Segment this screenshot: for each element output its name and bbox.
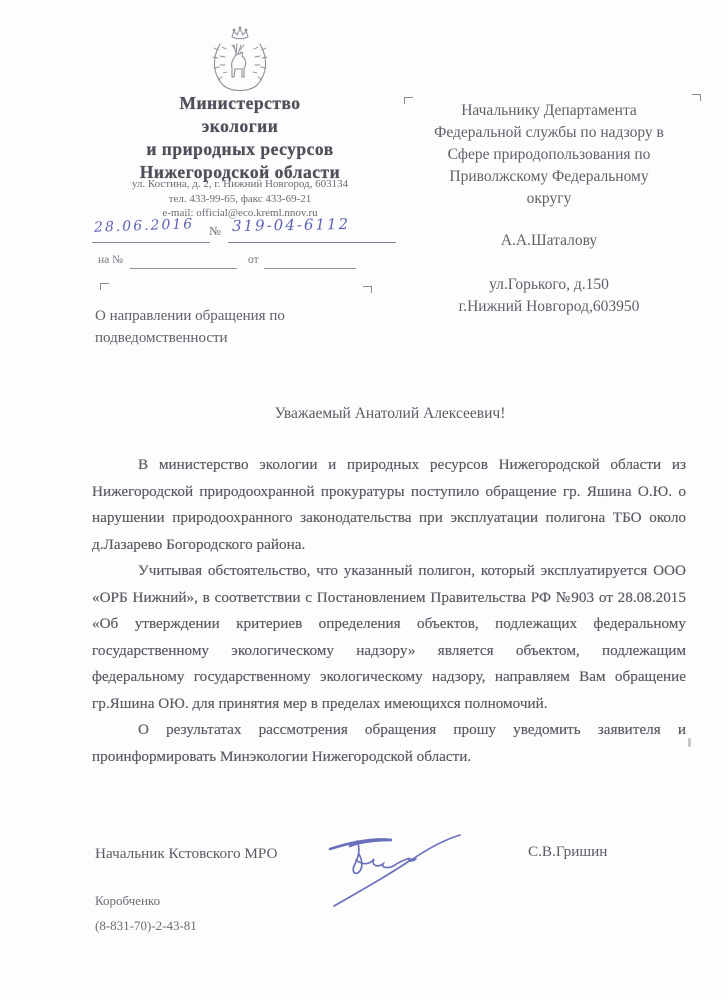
coat-of-arms-icon <box>203 24 277 96</box>
recipient-line: Приволжскому Федеральному <box>398 166 700 188</box>
recipient-block: Начальнику Департамента Федеральной служ… <box>398 100 700 318</box>
corner-mark-bottom-left <box>100 283 109 290</box>
signer-name: С.В.Гришин <box>528 843 607 861</box>
subject-line: О направлении обращения по подведомствен… <box>95 305 345 349</box>
org-contacts: ул. Костина, д. 2, г. Нижний Новгород, 6… <box>70 177 410 221</box>
recipient-address-line: г.Нижний Новгород,603950 <box>398 296 700 318</box>
org-title-line: Министерство <box>70 92 410 115</box>
org-phone: тел. 433-99-65, факс 433-69-21 <box>70 192 410 207</box>
body-paragraph: Учитывая обстоятельство, что указанный п… <box>92 558 686 717</box>
org-title-line: экологии <box>70 115 410 138</box>
date-underline <box>92 242 210 243</box>
handwritten-date: 28.06.2016 <box>94 216 195 235</box>
body-paragraph: В министерство экологии и природных ресу… <box>92 452 686 558</box>
salutation: Уважаемый Анатолий Алексеевич! <box>90 405 690 423</box>
org-title-line: и природных ресурсов <box>70 138 410 161</box>
org-address: ул. Костина, д. 2, г. Нижний Новгород, 6… <box>70 177 410 192</box>
executor-name: Коробченко <box>95 893 160 909</box>
handwritten-outgoing-number: 319-04-6112 <box>232 215 350 235</box>
date-number-row: 28.06.2016 № 319-04-6112 <box>92 218 392 248</box>
number-sign-label: № <box>209 224 221 239</box>
scan-artifact <box>688 738 691 747</box>
scanned-letter-page: Министерство экологии и природных ресурс… <box>0 0 728 1000</box>
body-paragraph: О результатах рассмотрения обращения про… <box>92 717 686 770</box>
ref-na-label: на № <box>98 254 123 266</box>
handwritten-signature-icon <box>312 828 507 923</box>
ref-ot-label: от <box>248 254 259 266</box>
number-underline <box>228 242 396 243</box>
recipient-address-line: ул.Горького, д.150 <box>398 274 700 296</box>
reference-row: на № от <box>98 252 398 274</box>
signer-position-title: Начальник Кстовского МРО <box>95 845 277 863</box>
org-title: Министерство экологии и природных ресурс… <box>70 92 410 184</box>
letter-body: В министерство экологии и природных ресу… <box>92 452 686 770</box>
recipient-name: А.А.Шаталову <box>398 230 700 252</box>
recipient-address: ул.Горького, д.150 г.Нижний Новгород,603… <box>398 274 700 318</box>
recipient-line: Федеральной службы по надзору в <box>398 122 700 144</box>
executor-phone: (8-831-70)-2-43-81 <box>95 918 197 934</box>
corner-mark-bottom-right <box>363 286 372 293</box>
recipient-line: округу <box>398 188 700 210</box>
ref-na-underline <box>130 268 237 269</box>
recipient-line: Сфере природопользования по <box>398 144 700 166</box>
ref-ot-underline <box>264 268 356 269</box>
recipient-line: Начальнику Департамента <box>398 100 700 122</box>
